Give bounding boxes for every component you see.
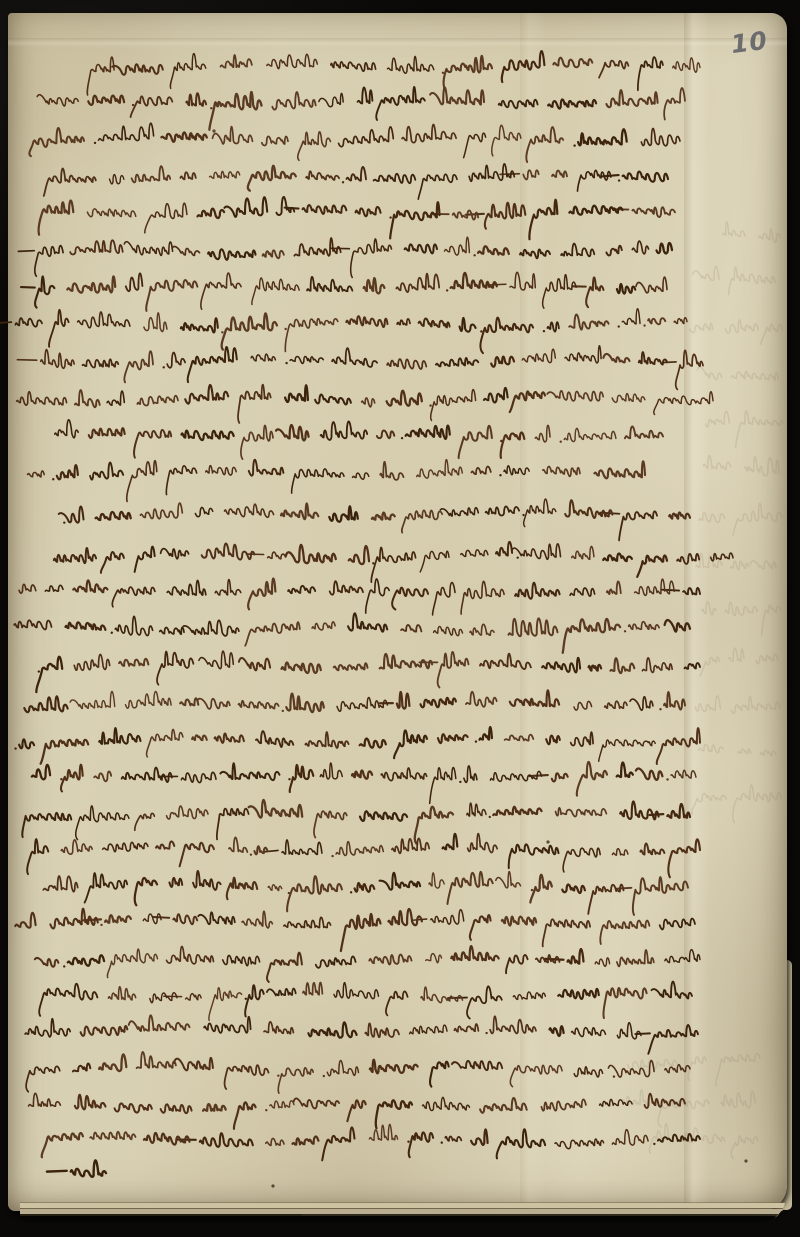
scanned-manuscript: 10	[0, 0, 800, 1237]
handwritten-text	[0, 51, 733, 1160]
page-number: 10	[729, 26, 769, 59]
handwriting-layer	[0, 0, 800, 1237]
signature-mark	[47, 1160, 106, 1176]
